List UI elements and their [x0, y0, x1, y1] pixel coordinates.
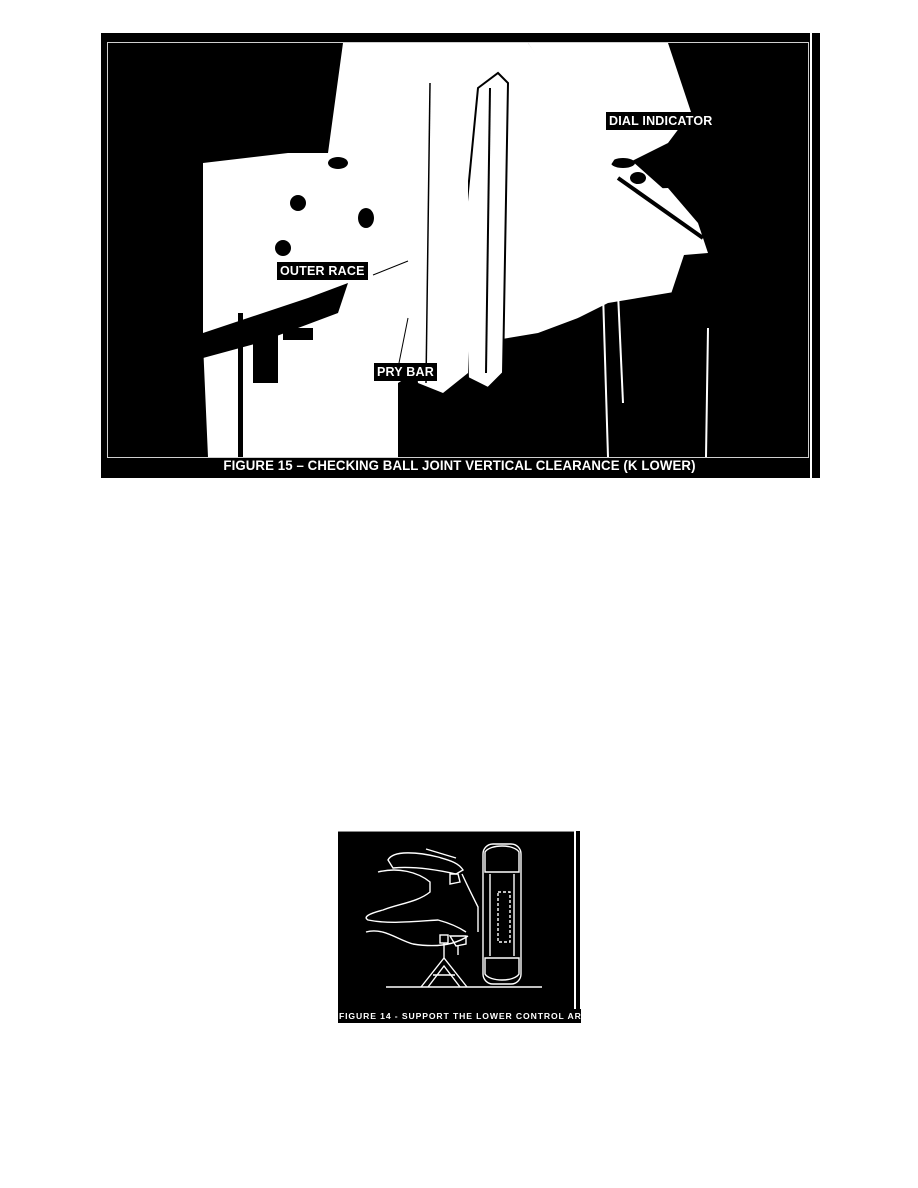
figure-15-photo: DIAL INDICATOR OUTER RACE PRY BAR: [107, 42, 809, 458]
dial-indicator-callout: DIAL INDICATOR: [606, 112, 716, 130]
wheel-hub-photo-image: [108, 43, 808, 457]
pry-bar-callout: PRY BAR: [374, 363, 437, 381]
figure-15-caption: FIGURE 15 – CHECKING BALL JOINT VERTICAL…: [108, 458, 811, 473]
figure-14-caption: FIGURE 14 - SUPPORT THE LOWER CONTROL AR…: [338, 1009, 581, 1023]
figure-14: FIGURE 14 - SUPPORT THE LOWER CONTROL AR…: [338, 831, 580, 1023]
outer-race-callout: OUTER RACE: [277, 262, 368, 280]
jack-stand-suspension-drawing: [338, 832, 574, 1010]
figure-15-border: [810, 33, 820, 478]
figure-15: DIAL INDICATOR OUTER RACE PRY BAR FIGURE…: [101, 33, 818, 478]
figure-14-drawing: [338, 831, 574, 1010]
figure-14-border: [576, 831, 580, 1009]
